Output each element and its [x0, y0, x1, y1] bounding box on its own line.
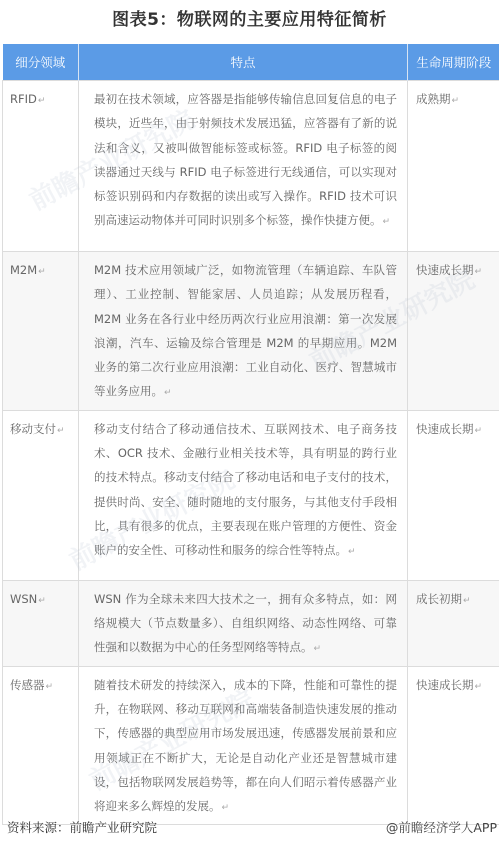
- return-mark-icon: ↵: [463, 596, 471, 606]
- return-mark-icon: ↵: [164, 388, 172, 398]
- return-mark-icon: ↵: [222, 803, 230, 813]
- cell-feature: 移动支付结合了移动通信技术、互联网技术、电子商务技术、OCR 技术、金融行业相关…: [79, 410, 408, 580]
- return-mark-icon: ↵: [383, 217, 391, 227]
- cell-domain: M2M↵: [3, 252, 79, 411]
- figure-title: 图表5：物联网的主要应用特征简析: [0, 8, 499, 32]
- cell-stage: 成熟期↵: [408, 81, 499, 252]
- return-mark-icon: ↵: [46, 682, 54, 692]
- cell-stage: 成长初期↵: [408, 580, 499, 666]
- table-row: M2M↵ M2M 技术应用领域广泛，如物流管理（车辆追踪、车队管理）、工业控制、…: [3, 252, 499, 411]
- cell-stage: 快速成长期↵: [408, 252, 499, 411]
- return-mark-icon: ↵: [475, 426, 483, 436]
- table-row: RFID↵ 最初在技术领域，应答器是指能够传输信息回复信息的电子模块，近些年，由…: [3, 81, 499, 252]
- header-feature: 特点: [79, 44, 408, 81]
- source-note: 资料来源：前瞻产业研究院: [7, 818, 157, 836]
- table-row: 移动支付↵ 移动支付结合了移动通信技术、互联网技术、电子商务技术、OCR 技术、…: [3, 410, 499, 580]
- header-domain: 细分领域: [3, 44, 79, 81]
- return-mark-icon: ↵: [38, 267, 46, 277]
- return-mark-icon: ↵: [475, 267, 483, 277]
- return-mark-icon: ↵: [348, 547, 356, 557]
- return-mark-icon: ↵: [314, 644, 322, 654]
- return-mark-icon: ↵: [38, 596, 46, 606]
- cell-stage: 快速成长期↵: [408, 666, 499, 825]
- cell-feature: M2M 技术应用领域广泛，如物流管理（车辆追踪、车队管理）、工业控制、智能家居、…: [79, 252, 408, 411]
- cell-domain: WSN↵: [3, 580, 79, 666]
- brand-credit: @前瞻经济学人APP: [386, 818, 497, 836]
- return-mark-icon: ↵: [475, 682, 483, 692]
- table-header-row: 细分领域 特点 生命周期阶段: [3, 44, 499, 81]
- cell-domain: 移动支付↵: [3, 410, 79, 580]
- cell-domain: 传感器↵: [3, 666, 79, 825]
- header-stage: 生命周期阶段: [408, 44, 499, 81]
- footer: 资料来源：前瞻产业研究院 @前瞻经济学人APP: [0, 818, 499, 838]
- cell-feature: 随着技术研发的持续深入，成本的下降，性能和可靠性的提升，在物联网、移动互联网和高…: [79, 666, 408, 825]
- features-table-container: 细分领域 特点 生命周期阶段 RFID↵ 最初在技术领域，应答器是指能够传输信息…: [2, 44, 499, 825]
- features-table: 细分领域 特点 生命周期阶段 RFID↵ 最初在技术领域，应答器是指能够传输信息…: [2, 44, 499, 825]
- cell-stage: 快速成长期↵: [408, 410, 499, 580]
- cell-feature: WSN 作为全球未来四大技术之一，拥有众多特点，如：网络规模大（节点数量多）、自…: [79, 580, 408, 666]
- table-row: 传感器↵ 随着技术研发的持续深入，成本的下降，性能和可靠性的提升，在物联网、移动…: [3, 666, 499, 825]
- cell-domain: RFID↵: [3, 81, 79, 252]
- cell-feature: 最初在技术领域，应答器是指能够传输信息回复信息的电子模块，近些年，由于射频技术发…: [79, 81, 408, 252]
- table-row: WSN↵ WSN 作为全球未来四大技术之一，拥有众多特点，如：网络规模大（节点数…: [3, 580, 499, 666]
- return-mark-icon: ↵: [452, 96, 460, 106]
- return-mark-icon: ↵: [57, 426, 65, 436]
- return-mark-icon: ↵: [38, 96, 46, 106]
